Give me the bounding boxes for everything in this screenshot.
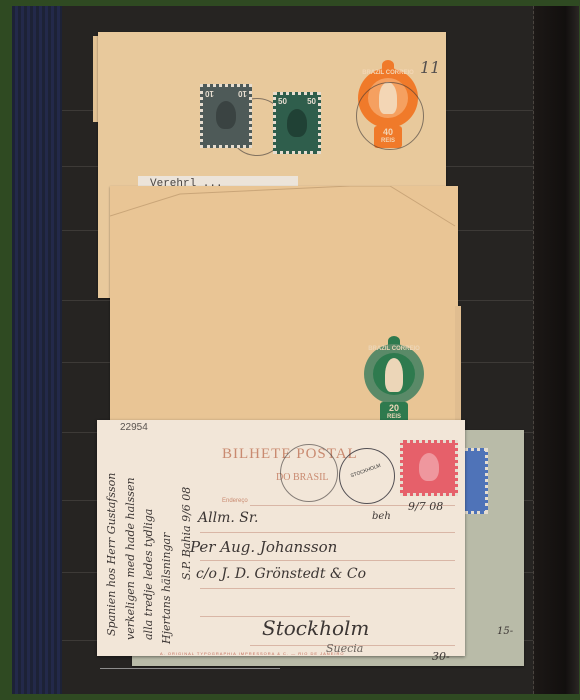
catalog-number: 22954 [120, 422, 148, 433]
portrait-icon [385, 358, 403, 392]
address-line [200, 532, 455, 533]
indicium-value: 20 [380, 403, 408, 413]
stamp-value: 10 [238, 89, 247, 98]
stamp-value: 10 [205, 89, 214, 98]
album-spine [12, 6, 62, 694]
stamp-10-reis[interactable]: 10 10 [200, 84, 252, 148]
message-handwriting: Spanien hos Herr Gustafsson [104, 436, 120, 636]
wrapper-edge [455, 306, 461, 422]
address-field-label: Endereço [222, 498, 248, 504]
postmark [280, 444, 338, 502]
album-strip-edge [100, 668, 280, 669]
stockholm-postmark [339, 448, 395, 504]
printer-imprint: A. ORIGINAL TYPOGRAPHIA IMPRESSORA & C. … [160, 651, 344, 656]
wrapper-fold [110, 186, 458, 236]
price-note: 30- [432, 650, 450, 663]
indicium-country: BRAZIL CORREIO [366, 346, 422, 352]
date-note: 9/7 08 [408, 500, 443, 513]
address-line-4: Stockholm [262, 616, 369, 640]
beh-note: beh [372, 511, 391, 522]
message-handwriting: verkeligen med hade halssen [124, 440, 137, 640]
portrait-icon [287, 109, 307, 137]
portrait-icon [216, 101, 236, 129]
address-line-3: c/o J. D. Grönstedt & Co [196, 566, 366, 582]
portrait-icon [419, 453, 439, 481]
stamp-value: 50 [307, 97, 316, 106]
red-stamp[interactable] [400, 440, 458, 496]
price-note: 15- [497, 626, 513, 637]
indicium-country: BRAZIL CORREIO [360, 70, 416, 76]
address-line [200, 588, 455, 589]
message-handwriting: Hjertans hälsningar [160, 444, 173, 644]
message-handwriting: S.P. Bahia 9/6 08 [180, 430, 193, 580]
address-line-2: Per Aug. Johansson [190, 538, 337, 556]
address-line [200, 560, 455, 561]
indicium-20-reis: BRAZIL CORREIO 20 REIS [358, 336, 430, 426]
stamp-value: 50 [278, 97, 287, 106]
stamp-50-reis[interactable]: 50 50 [273, 92, 321, 154]
address-line-1: Allm. Sr. [198, 510, 258, 526]
message-handwriting: alla tredje ledes tydliga [142, 440, 155, 640]
postmark [356, 82, 424, 150]
album-page-edge [533, 6, 579, 694]
